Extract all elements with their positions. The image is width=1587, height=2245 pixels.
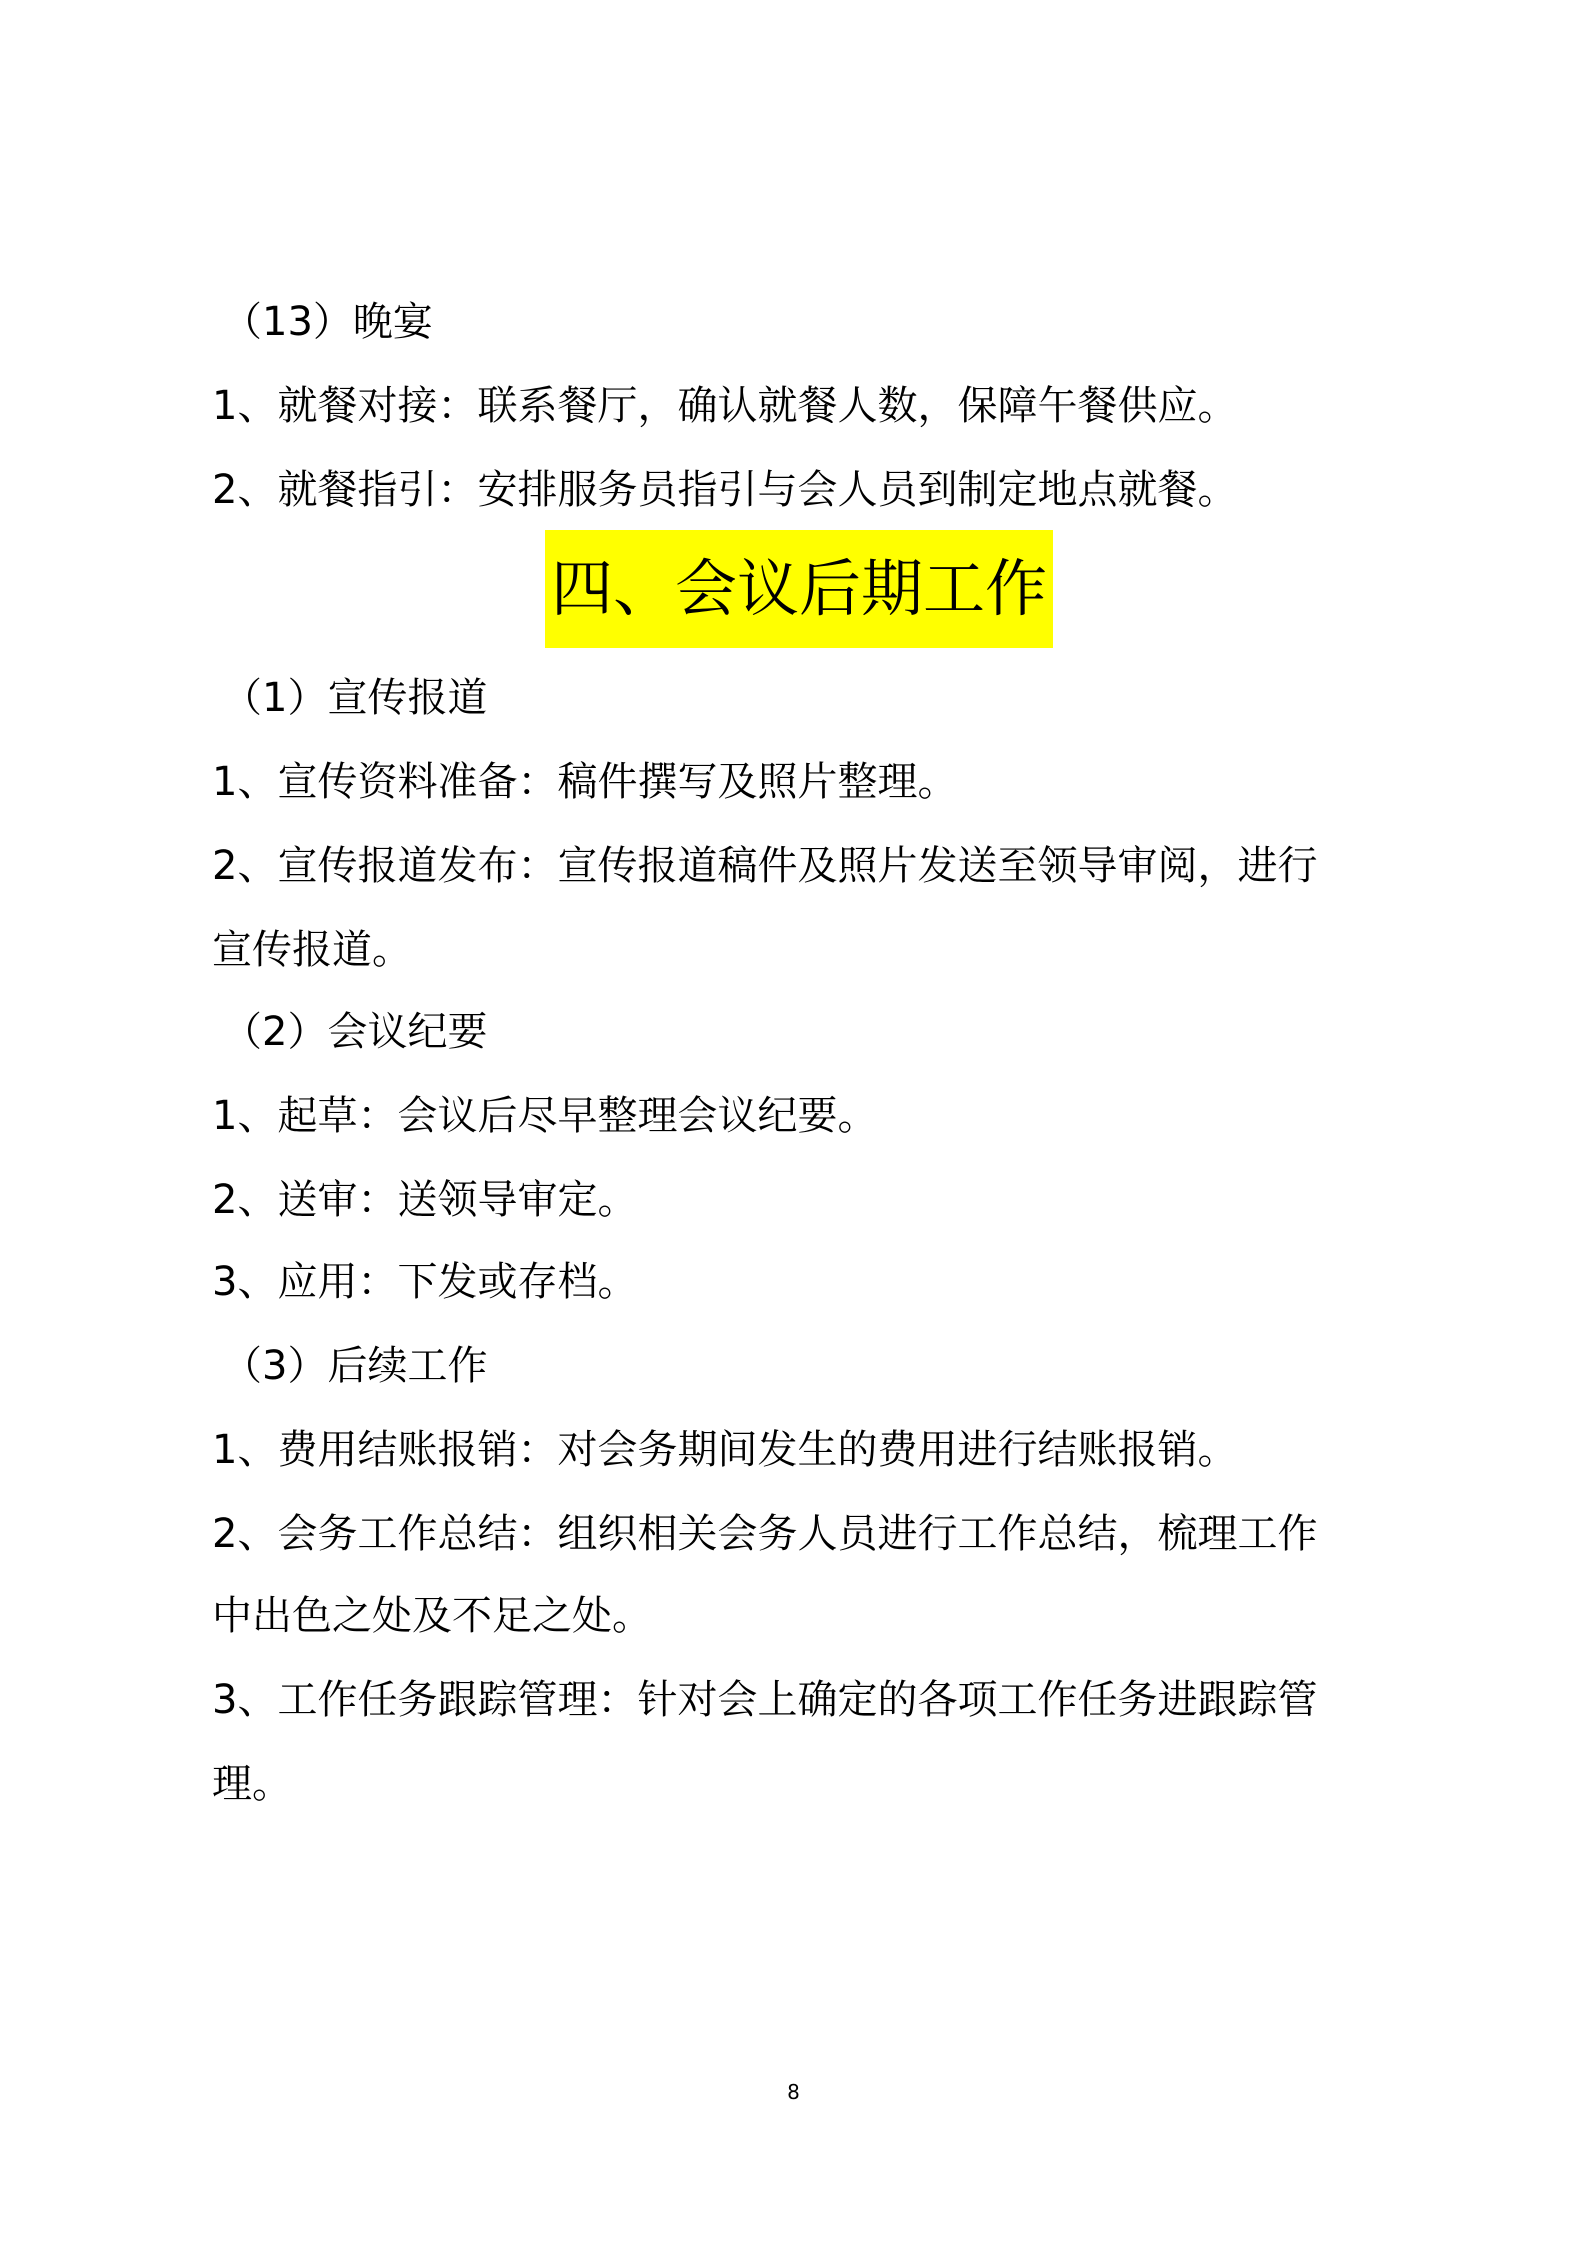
list-item: 2、送审：送领导审定。 bbox=[212, 1176, 637, 1224]
list-item: 3、工作任务跟踪管理：针对会上确定的各项工作任务进跟踪管 bbox=[212, 1676, 1317, 1724]
list-item: 1、起草：会议后尽早整理会议纪要。 bbox=[212, 1092, 877, 1140]
list-item: 2、宣传报道发布：宣传报道稿件及照片发送至领导审阅，进行 bbox=[212, 842, 1317, 890]
list-item-continuation: 宣传报道。 bbox=[212, 926, 412, 974]
subheading-followup: （3）后续工作 bbox=[222, 1342, 487, 1390]
list-item: 1、费用结账报销：对会务期间发生的费用进行结账报销。 bbox=[212, 1426, 1237, 1474]
list-item: 2、会务工作总结：组织相关会务人员进行工作总结，梳理工作 bbox=[212, 1510, 1317, 1558]
list-item: 1、就餐对接：联系餐厅，确认就餐人数，保障午餐供应。 bbox=[212, 382, 1237, 430]
page-number: 8 bbox=[0, 2080, 1587, 2104]
subheading-publicity: （1）宣传报道 bbox=[222, 674, 487, 722]
subheading-minutes: （2）会议纪要 bbox=[222, 1008, 487, 1056]
list-item: 1、宣传资料准备：稿件撰写及照片整理。 bbox=[212, 758, 957, 806]
list-item-continuation: 理。 bbox=[212, 1760, 292, 1808]
document-page: （13）晚宴 1、就餐对接：联系餐厅，确认就餐人数，保障午餐供应。 2、就餐指引… bbox=[0, 0, 1587, 2245]
list-item-continuation: 中出色之处及不足之处。 bbox=[212, 1592, 652, 1640]
section-heading: 四、会议后期工作 bbox=[551, 554, 1047, 624]
subheading-banquet: （13）晚宴 bbox=[222, 298, 433, 346]
section-heading-highlight: 四、会议后期工作 bbox=[545, 530, 1053, 648]
list-item: 3、应用：下发或存档。 bbox=[212, 1258, 637, 1306]
list-item: 2、就餐指引：安排服务员指引与会人员到制定地点就餐。 bbox=[212, 466, 1237, 514]
